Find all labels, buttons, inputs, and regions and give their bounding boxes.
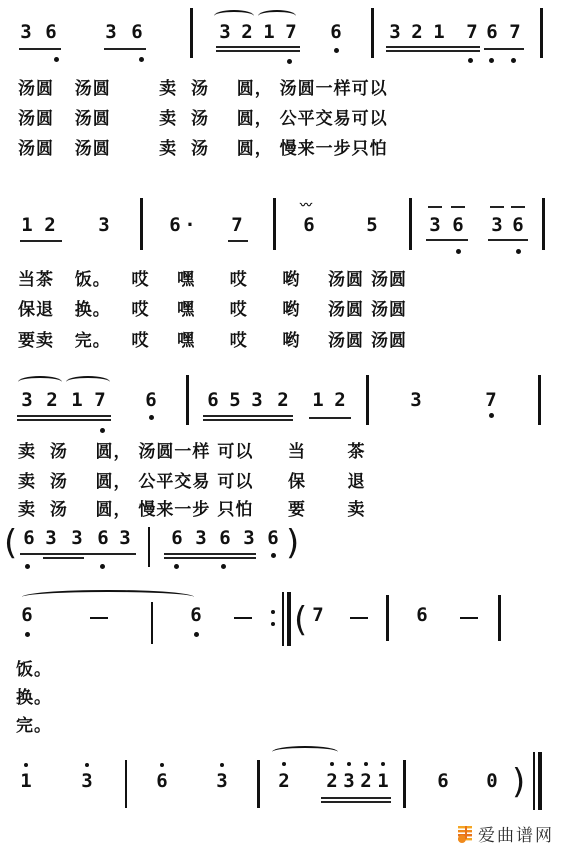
final-barline-thick [538, 752, 542, 810]
note: 2 [359, 771, 373, 791]
low-dot [271, 553, 276, 558]
note: 7 [484, 390, 498, 410]
hold-dash [460, 617, 478, 619]
note: 1 [19, 771, 33, 791]
note: 6 [218, 528, 232, 548]
low-dot [54, 57, 59, 62]
underline [17, 415, 111, 417]
note: 7 [284, 22, 298, 42]
note: 2 [277, 771, 291, 791]
note: 1 [432, 22, 446, 42]
lyric-verse-1: 当茶 饭。 哎 嘿 哎 哟 汤圆 汤圆 [18, 265, 407, 290]
underline [164, 557, 256, 559]
note: 3 [194, 528, 208, 548]
high-dot [85, 763, 89, 767]
lyric-verse-3: 完。 [16, 711, 52, 736]
note: 3 [215, 771, 229, 791]
note: 1 [376, 771, 390, 791]
underline [321, 801, 391, 803]
note: 6 [144, 390, 158, 410]
repeat-barline [287, 592, 291, 646]
dot-extension: · [183, 215, 197, 235]
note: 3 [19, 22, 33, 42]
note: 2 [333, 390, 347, 410]
high-dot [220, 763, 224, 767]
hold-dash [90, 617, 108, 619]
low-dot [468, 58, 473, 63]
high-dot [330, 762, 334, 766]
high-dot [160, 763, 164, 767]
lyric-verse-1: 饭。 [16, 655, 52, 680]
low-dot [25, 632, 30, 637]
barline [538, 375, 541, 425]
note: 6 [436, 771, 450, 791]
underline [321, 797, 391, 799]
tie [22, 590, 194, 604]
note: 6 [329, 22, 343, 42]
repeat-dot [271, 622, 275, 626]
barline [540, 8, 543, 58]
note: 3 [20, 390, 34, 410]
music-note-logo-icon [456, 824, 474, 844]
underline [43, 557, 84, 559]
low-dot [489, 58, 494, 63]
barline [151, 602, 153, 644]
underline [488, 239, 528, 241]
high-dot [347, 762, 351, 766]
underline [228, 240, 248, 242]
watermark-text: 爱曲谱网 [478, 821, 554, 846]
barline [140, 198, 143, 250]
high-dot [381, 762, 385, 766]
lyric-verse-2: 卖 汤 圆， 公平交易 可以 保 退 [18, 467, 365, 492]
underline [309, 417, 351, 419]
high-dot [364, 762, 368, 766]
underline [104, 48, 146, 50]
close-paren: ) [286, 523, 299, 563]
barline [386, 595, 389, 641]
underline [386, 50, 480, 52]
low-dot [139, 57, 144, 62]
note: 3 [490, 215, 504, 235]
note: 6 [96, 528, 110, 548]
note: 1 [20, 215, 34, 235]
low-dot [194, 632, 199, 637]
lyric-verse-3: 卖 汤 圆， 慢来一步 只怕 要 卖 [18, 495, 365, 520]
note: 7 [508, 22, 522, 42]
low-dot [516, 249, 521, 254]
lyric-verse-2: 保退 换。 哎 嘿 哎 哟 汤圆 汤圆 [18, 295, 407, 320]
note: 7 [93, 390, 107, 410]
barline [498, 595, 501, 641]
low-dot [489, 413, 494, 418]
underline [203, 415, 293, 417]
note: 6 [266, 528, 280, 548]
note: 6 [22, 528, 36, 548]
lyric-verse-1: 汤圆 汤圆 卖 汤 圆， 汤圆一样可以 [18, 74, 388, 99]
underline [20, 553, 136, 555]
overline [428, 206, 442, 208]
low-dot [511, 58, 516, 63]
watermark: 爱曲谱网 [456, 821, 554, 846]
trill-ornament-icon: 〰 [300, 196, 311, 213]
low-dot [221, 564, 226, 569]
note: 6 [302, 215, 316, 235]
slur [272, 746, 338, 758]
overline [490, 206, 504, 208]
note: 5 [228, 390, 242, 410]
repeat-barline [282, 592, 284, 646]
underline [17, 419, 111, 421]
lyric-verse-3: 汤圆 汤圆 卖 汤 圆， 慢来一步只怕 [18, 134, 388, 159]
barline [366, 375, 369, 425]
note: 6 [20, 605, 34, 625]
barline [403, 760, 406, 808]
note: 3 [388, 22, 402, 42]
low-dot [334, 48, 339, 53]
underline [216, 46, 300, 48]
overline [511, 206, 525, 208]
note: 6 [451, 215, 465, 235]
underline [484, 48, 524, 50]
underline [19, 48, 61, 50]
note: 2 [43, 215, 57, 235]
low-dot [149, 415, 154, 420]
note: 2 [325, 771, 339, 791]
barline [186, 375, 189, 425]
high-dot [24, 763, 28, 767]
note: 6 [485, 22, 499, 42]
note: 6 [189, 605, 203, 625]
note: 3 [70, 528, 84, 548]
note: 6 [155, 771, 169, 791]
note: 6 [206, 390, 220, 410]
low-dot [456, 249, 461, 254]
open-paren: ( [294, 600, 307, 640]
note: 7 [311, 605, 325, 625]
low-dot [174, 564, 179, 569]
lyric-verse-2: 换。 [16, 683, 52, 708]
slur [66, 376, 110, 388]
slur [18, 376, 62, 388]
note: 2 [410, 22, 424, 42]
repeat-dot [271, 610, 275, 614]
note: 3 [104, 22, 118, 42]
barline [125, 760, 127, 808]
lyric-verse-3: 要卖 完。 哎 嘿 哎 哟 汤圆 汤圆 [18, 326, 407, 351]
underline [164, 553, 256, 555]
underline [203, 419, 293, 421]
note: 1 [262, 22, 276, 42]
underline [386, 46, 480, 48]
barline [542, 198, 545, 250]
hold-dash [234, 617, 252, 619]
note: 3 [97, 215, 111, 235]
high-dot [282, 762, 286, 766]
low-dot [287, 59, 292, 64]
open-paren: ( [4, 523, 17, 563]
note: 2 [45, 390, 59, 410]
underline [20, 240, 62, 242]
rest: 0 [485, 771, 499, 791]
note: 6 [170, 528, 184, 548]
barline [409, 198, 412, 250]
note: 6 [130, 22, 144, 42]
note: 2 [276, 390, 290, 410]
note: 2 [240, 22, 254, 42]
barline [273, 198, 276, 250]
note: 3 [250, 390, 264, 410]
hold-dash [350, 617, 368, 619]
low-dot [100, 564, 105, 569]
barline [148, 527, 150, 567]
close-paren: ) [512, 762, 525, 802]
note: 3 [409, 390, 423, 410]
underline [426, 239, 468, 241]
note: 6 [511, 215, 525, 235]
note: 3 [342, 771, 356, 791]
note: 3 [428, 215, 442, 235]
lyric-verse-1: 卖 汤 圆， 汤圆一样 可以 当 茶 [18, 437, 365, 462]
low-dot [25, 564, 30, 569]
note: 7 [465, 22, 479, 42]
note: 3 [218, 22, 232, 42]
note: 1 [311, 390, 325, 410]
low-dot [100, 428, 105, 433]
lyric-verse-2: 汤圆 汤圆 卖 汤 圆， 公平交易可以 [18, 104, 388, 129]
note: 3 [118, 528, 132, 548]
note: 3 [80, 771, 94, 791]
note: 6 [44, 22, 58, 42]
note: 3 [242, 528, 256, 548]
note: 6 [168, 215, 182, 235]
final-barline-thin [533, 752, 535, 810]
barline [190, 8, 193, 58]
underline [216, 50, 300, 52]
barline [371, 8, 374, 58]
note: 7 [230, 215, 244, 235]
overline [451, 206, 465, 208]
note: 3 [44, 528, 58, 548]
note: 1 [70, 390, 84, 410]
note: 5 [365, 215, 379, 235]
note: 6 [415, 605, 429, 625]
barline [257, 760, 260, 808]
